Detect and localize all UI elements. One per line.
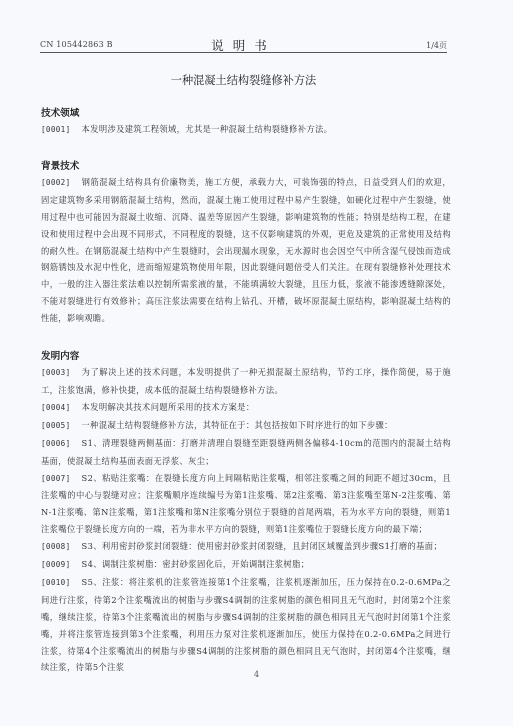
- paragraph-text: 为了解决上述的技术问题，本发明提供了一种无损混凝土原结构，节约工序，操作简便，易…: [41, 367, 451, 395]
- paragraph: [0006]S1、清理裂缝两侧基面：打磨并清理自裂缝至距裂缝两侧各偏移4-10c…: [41, 435, 451, 470]
- paragraph-number: [0006]: [41, 439, 71, 448]
- page-indicator: 1/4页: [426, 40, 447, 51]
- page-header: CN 105442863 B 说明书 1/4页: [40, 36, 447, 53]
- paragraph: [0004]本发明解决其技术问题所采用的技术方案是：: [41, 399, 451, 417]
- paragraph-text: S2、粘贴注浆嘴：在裂缝长度方向上间隔粘贴注浆嘴，相邻注浆嘴之间的间距不超过30…: [41, 473, 451, 535]
- paragraph-text: S4、调制注浆树脂：密封砂浆固化后，开始调制注浆树脂；: [82, 559, 310, 569]
- paragraph-text: S1、清理裂缝两侧基面：打磨并清理自裂缝至距裂缝两侧各偏移4-10cm的范围内的…: [41, 438, 451, 466]
- paragraph-number: [0002]: [41, 178, 71, 187]
- document-body: 技术领域 [0001]本发明涉及建筑工程领域，尤其是一种混凝土结构裂缝修补方法。…: [41, 106, 451, 676]
- paragraph-number: [0008]: [41, 542, 71, 551]
- paragraph: [0003]为了解决上述的技术问题，本发明提供了一种无损混凝土原结构，节约工序，…: [41, 364, 451, 399]
- document-type: 说明书: [40, 36, 447, 54]
- section-heading: 技术领域: [41, 106, 451, 121]
- page-number: 4: [0, 670, 513, 679]
- paragraph-number: [0001]: [41, 125, 71, 134]
- paragraph-number: [0004]: [41, 403, 71, 412]
- paragraph-text: S3、利用密封砂浆封闭裂缝：使用密封砂浆封闭裂缝，且封闭区域覆盖到步骤S1打磨的…: [82, 541, 443, 551]
- paragraph: [0001]本发明涉及建筑工程领域，尤其是一种混凝土结构裂缝修补方法。: [41, 121, 451, 139]
- paragraph-number: [0005]: [41, 421, 71, 430]
- paragraph-text: 钢筋混凝土结构具有价廉物美，施工方便，承载力大，可装饰强的特点，日益受到人们的欢…: [41, 177, 451, 323]
- paragraph-number: [0009]: [41, 560, 71, 569]
- spacer: [41, 139, 451, 159]
- paragraph: [0008]S3、利用密封砂浆封闭裂缝：使用密封砂浆封闭裂缝，且封闭区域覆盖到步…: [41, 538, 451, 556]
- paragraph-number: [0003]: [41, 368, 71, 377]
- section-heading: 发明内容: [41, 349, 451, 364]
- document-title: 一种混凝土结构裂缝修补方法: [40, 72, 447, 88]
- paragraph: [0002]钢筋混凝土结构具有价廉物美，施工方便，承载力大，可装饰强的特点，日益…: [41, 174, 451, 327]
- paragraph: [0005]一种混凝土结构裂缝修补方法，其特征在于：其包括按如下时序进行的如下步…: [41, 417, 451, 435]
- paragraph: [0010]S5、注浆：将注浆机的注浆管连接第1个注浆嘴，注浆机逐渐加压，压力保…: [41, 574, 451, 676]
- paragraph-text: 一种混凝土结构裂缝修补方法，其特征在于：其包括按如下时序进行的如下步骤：: [82, 420, 393, 430]
- paragraph-number: [0010]: [41, 578, 71, 587]
- paragraph: [0007]S2、粘贴注浆嘴：在裂缝长度方向上间隔粘贴注浆嘴，相邻注浆嘴之间的间…: [41, 470, 451, 539]
- paragraph-text: 本发明解决其技术问题所采用的技术方案是：: [82, 402, 255, 412]
- paragraph: [0009]S4、调制注浆树脂：密封砂浆固化后，开始调制注浆树脂；: [41, 556, 451, 574]
- paragraph-text: S5、注浆：将注浆机的注浆管连接第1个注浆嘴，注浆机逐渐加压，压力保持在0.2-…: [41, 577, 451, 673]
- spacer: [41, 327, 451, 349]
- section-heading: 背景技术: [41, 159, 451, 174]
- patent-page: CN 105442863 B 说明书 1/4页 一种混凝土结构裂缝修补方法 技术…: [0, 0, 513, 726]
- paragraph-number: [0007]: [41, 474, 71, 483]
- paragraph-text: 本发明涉及建筑工程领域，尤其是一种混凝土结构裂缝修补方法。: [82, 124, 333, 134]
